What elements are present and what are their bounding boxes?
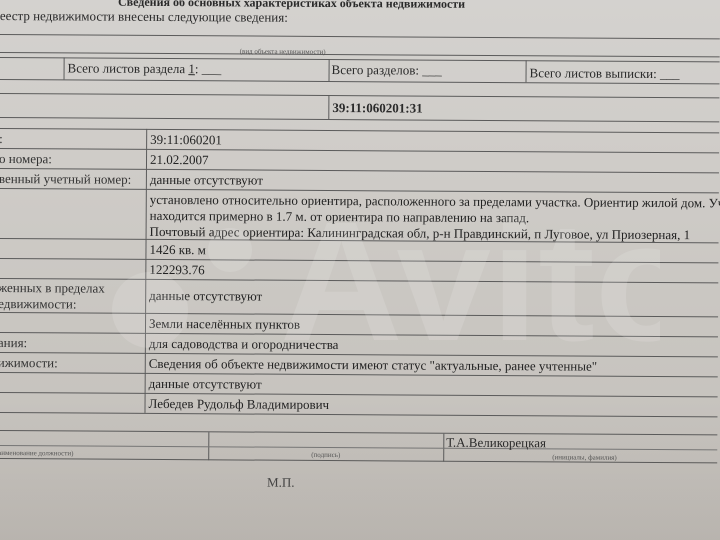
row-value: данные отсутствуют bbox=[149, 288, 262, 305]
row-value: 122293.76 bbox=[149, 262, 204, 278]
document-page: Сведения об основных характеристиках объ… bbox=[0, 0, 720, 540]
row-value: Земли населённых пунктов bbox=[149, 316, 300, 333]
row-label: ания: bbox=[0, 335, 27, 351]
name-caption: (инициалы, фамилия) bbox=[552, 453, 617, 461]
row-value: Сведения об объекте недвижимости имеют с… bbox=[149, 356, 597, 375]
position-caption: (полное наименование должности) bbox=[0, 449, 73, 458]
row-label: о номера: bbox=[0, 151, 52, 167]
stamp-mark: М.П. bbox=[267, 475, 295, 491]
row-value: Лебедев Рудольф Владимирович bbox=[148, 396, 329, 413]
row-value: 39:11:060201 bbox=[150, 132, 222, 148]
row-value: 1426 кв. м bbox=[149, 242, 206, 258]
object-type-caption: (вид объекта недвижимости) bbox=[240, 47, 326, 56]
cadastral-number: 39:11:060201:31 bbox=[332, 100, 422, 117]
row-label: женных в пределах bbox=[0, 280, 105, 297]
row-label: ижимости: bbox=[0, 355, 58, 371]
row-label: : bbox=[0, 131, 3, 147]
sheets-in-section: Всего листов раздела 1: ___ bbox=[68, 60, 222, 77]
signatory-name: Т.А.Великорецкая bbox=[446, 435, 546, 452]
row-value: данные отсутствуют bbox=[149, 376, 262, 393]
total-sections: Всего разделов: ___ bbox=[332, 62, 442, 79]
total-sheets: Всего листов выписки: ___ bbox=[530, 65, 680, 82]
signature-caption: (подпись) bbox=[311, 451, 340, 459]
row-value: данные отсутствуют bbox=[150, 172, 263, 189]
row-label: едвижимости: bbox=[0, 296, 77, 312]
row-value: 21.02.2007 bbox=[150, 152, 209, 168]
row-value: для садоводства и огородничества bbox=[149, 336, 339, 353]
intro-text: еестр недвижимости внесены следующие све… bbox=[0, 8, 288, 26]
row-label: венный учетный номер: bbox=[0, 171, 131, 188]
